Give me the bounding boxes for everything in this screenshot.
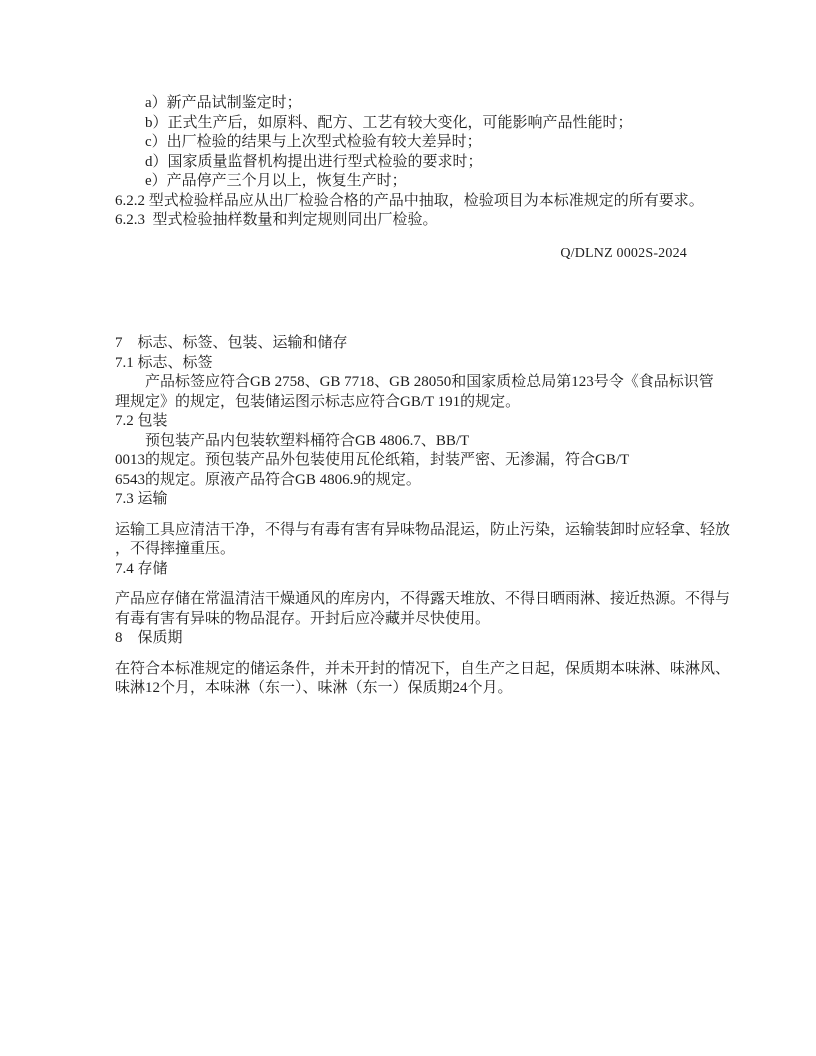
section-7-4-paragraph-line: 有毒有害有异味的物品混存。开封后应冷藏并尽快使用。 — [115, 610, 715, 630]
section-8-heading: 8 保质期 — [115, 629, 715, 649]
document-page: a）新产品试制鉴定时； b）正式生产后，如原料、配方、工艺有较大变化，可能影响产… — [0, 0, 816, 1056]
clause-6-block: a）新产品试制鉴定时； b）正式生产后，如原料、配方、工艺有较大变化，可能影响产… — [115, 94, 715, 231]
section-8-paragraph-line: 在符合本标准规定的储运条件，并未开封的情况下，自生产之日起，保质期本味淋、味淋风… — [115, 660, 715, 680]
section-7-2-paragraph-line: 6543的规定。原液产品符合GB 4806.9的规定。 — [115, 471, 715, 491]
doc-code-text: Q/DLNZ 0002S-2024 — [115, 245, 687, 262]
section-7-2-heading: 7.2 包装 — [115, 412, 715, 432]
type-check-condition-c: c）出厂检验的结果与上次型式检验有较大差异时； — [115, 133, 715, 153]
section-7-3-paragraph-line: 运输工具应清洁干净，不得与有毒有害有异味物品混运，防止污染，运输装卸时应轻拿、轻… — [115, 521, 715, 541]
page-header-doc-code: Q/DLNZ 0002S-2024 — [115, 245, 687, 262]
section-7-4-heading: 7.4 存储 — [115, 560, 715, 580]
section-7-1-heading: 7.1 标志、标签 — [115, 354, 715, 374]
section-7-3-paragraph-line: ，不得摔撞重压。 — [115, 540, 715, 560]
section-7-1-paragraph-line: 产品标签应符合GB 2758、GB 7718、GB 28050和国家质检总局第1… — [115, 373, 715, 393]
clause-6-2-2: 6.2.2 型式检验样品应从出厂检验合格的产品中抽取，检验项目为本标准规定的所有… — [115, 192, 715, 212]
section-7-2-paragraph-line: 预包装产品内包装软塑料桶符合GB 4806.7、BB/T — [115, 432, 715, 452]
section-7-8-block: 7 标志、标签、包装、运输和储存 7.1 标志、标签 产品标签应符合GB 275… — [115, 334, 715, 699]
section-7-1-paragraph-line: 理规定》的规定，包装储运图示标志应符合GB/T 191的规定。 — [115, 393, 715, 413]
type-check-condition-e: e）产品停产三个月以上，恢复生产时； — [115, 172, 715, 192]
type-check-condition-a: a）新产品试制鉴定时； — [115, 94, 715, 114]
section-8-paragraph-line: 味淋12个月，本味淋（东一）、味淋（东一）保质期24个月。 — [115, 679, 715, 699]
clause-6-2-3: 6.2.3 型式检验抽样数量和判定规则同出厂检验。 — [115, 211, 715, 231]
section-7-2-paragraph-line: 0013的规定。预包装产品外包装使用瓦伦纸箱，封装严密、无渗漏，符合GB/T — [115, 451, 715, 471]
section-7-3-heading: 7.3 运输 — [115, 490, 715, 510]
type-check-condition-b: b）正式生产后，如原料、配方、工艺有较大变化，可能影响产品性能时； — [115, 114, 715, 134]
section-7-heading: 7 标志、标签、包装、运输和储存 — [115, 334, 715, 354]
type-check-condition-d: d）国家质量监督机构提出进行型式检验的要求时； — [115, 153, 715, 173]
section-7-4-paragraph-line: 产品应存储在常温清洁干燥通风的库房内，不得露天堆放、不得日晒雨淋、接近热源。不得… — [115, 590, 715, 610]
